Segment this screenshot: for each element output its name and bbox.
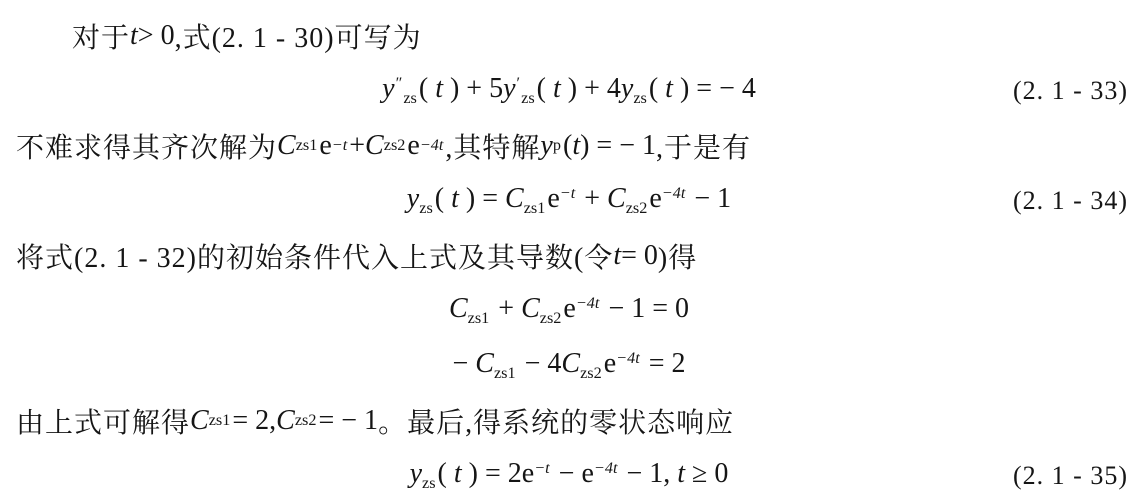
equation-2-1-33: y″zs( t ) + 5y′zs( t ) + 4yzs( t ) = − 4 <box>382 73 756 108</box>
equation-row-2-1-35: yzs( t ) = 2e−t − e−4t − 1, t ≥ 0 (2. 1 … <box>0 448 1138 503</box>
document-page: 对于 t > 0,式(2. 1 - 30)可写为 y″zs( t ) + 5y′… <box>0 0 1138 503</box>
equation-row-system-1: Czs1 + Czs2e−4t − 1 = 0 <box>0 283 1138 338</box>
paragraph-initial-conditions: 将式(2. 1 - 32)的初始条件代入上式及其导数(令 t = 0)得 <box>0 228 1138 283</box>
equation-number-2-1-35: (2. 1 - 35) <box>1013 461 1128 491</box>
equation-2-1-34: yzs( t ) = Czs1e−t + Czs2e−4t − 1 <box>407 183 731 218</box>
equation-2-1-35: yzs( t ) = 2e−t − e−4t − 1, t ≥ 0 <box>410 458 729 493</box>
equation-number-2-1-33: (2. 1 - 33) <box>1013 76 1128 106</box>
equation-system-2: − Czs1 − 4Czs2e−4t = 2 <box>452 348 685 383</box>
paragraph-intro: 对于 t > 0,式(2. 1 - 30)可写为 <box>0 8 1138 63</box>
paragraph-solve-constants: 由上式可解得 Czs1 = 2,Czs2 = − 1。最后,得系统的零状态响应 <box>0 393 1138 448</box>
equation-number-2-1-34: (2. 1 - 34) <box>1013 186 1128 216</box>
equation-row-system-2: − Czs1 − 4Czs2e−4t = 2 <box>0 338 1138 393</box>
equation-system-1: Czs1 + Czs2e−4t − 1 = 0 <box>449 293 689 328</box>
paragraph-homogeneous-solution: 不难求得其齐次解为 Czs1e−t + Czs2e−4t,其特解 yp( t )… <box>0 118 1138 173</box>
equation-row-2-1-33: y″zs( t ) + 5y′zs( t ) + 4yzs( t ) = − 4… <box>0 63 1138 118</box>
equation-row-2-1-34: yzs( t ) = Czs1e−t + Czs2e−4t − 1 (2. 1 … <box>0 173 1138 228</box>
